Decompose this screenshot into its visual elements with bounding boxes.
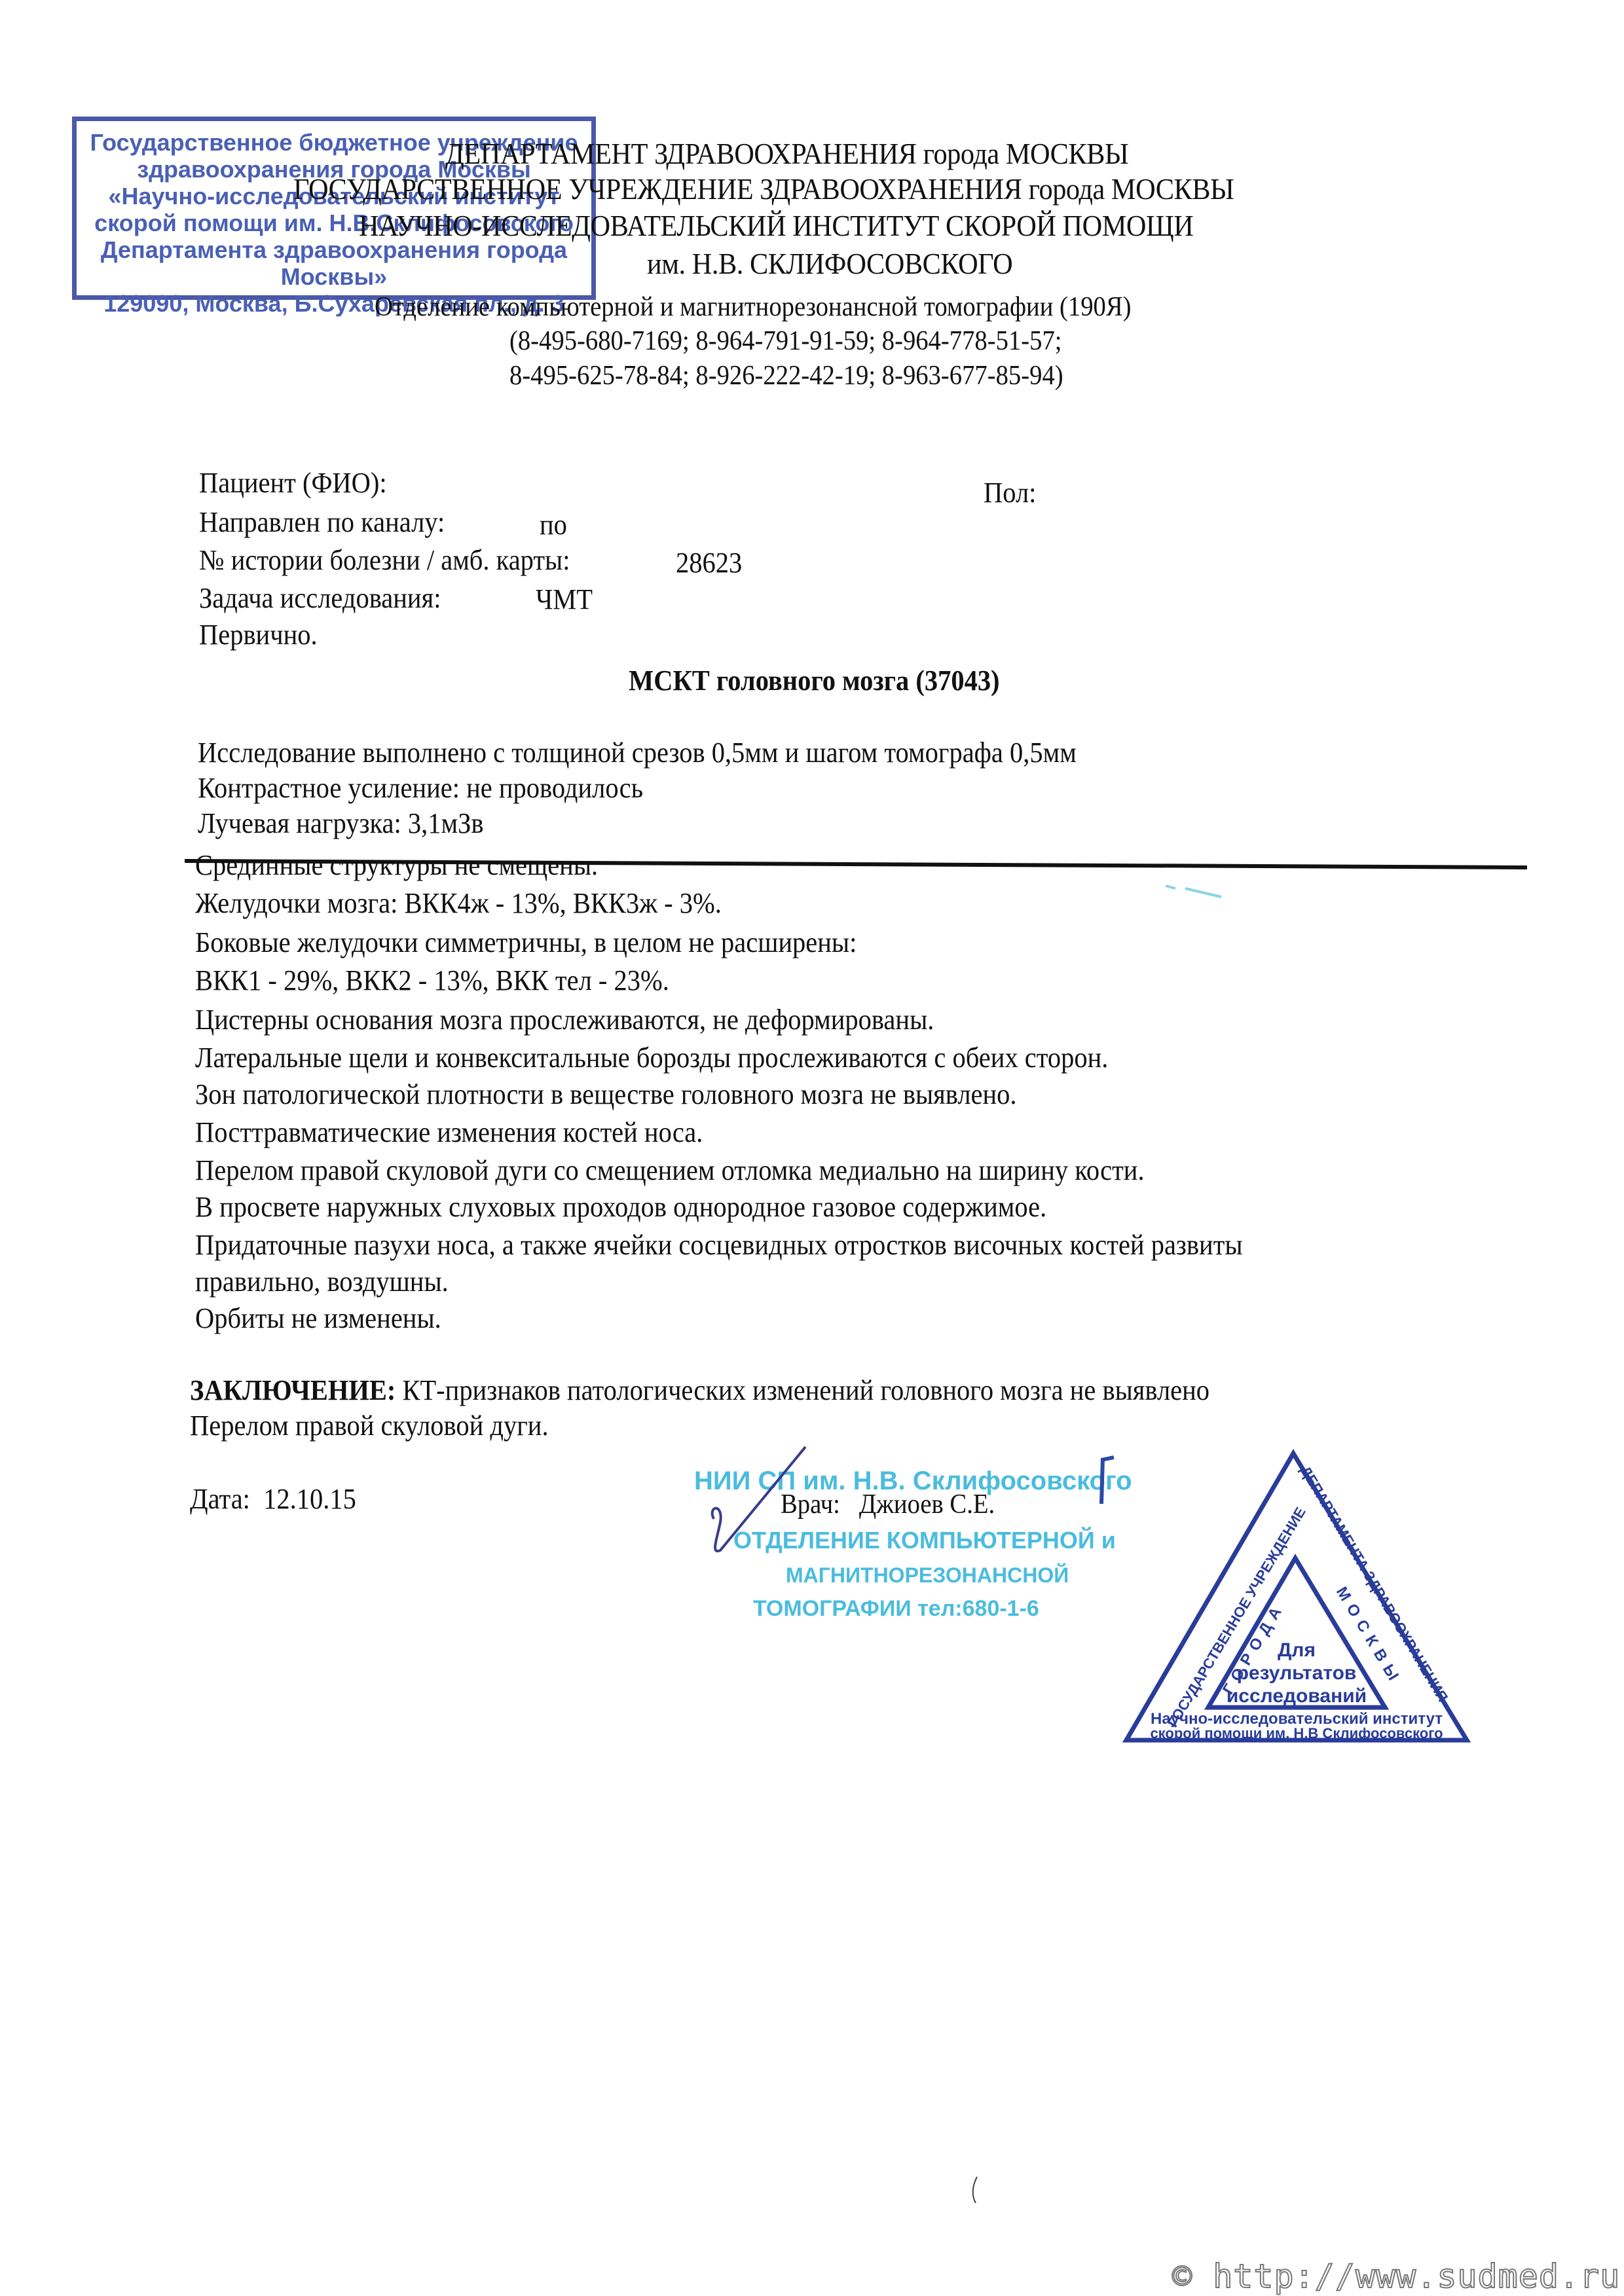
- finding: Цистерны основания мозга прослеживаются,…: [195, 1003, 934, 1036]
- header-phones-1: (8-495-680-7169; 8-964-791-91-59; 8-964-…: [509, 325, 1061, 357]
- rect-stamp-line: Департамента здравоохранения города Моск…: [77, 236, 591, 290]
- channel-value: по: [540, 508, 567, 541]
- svg-text:исследований: исследований: [1227, 1685, 1367, 1707]
- finding: Боковые желудочки симметричны, в целом н…: [195, 926, 857, 959]
- header-line-2: ГОСУДАРСТВЕННОЕ УЧРЕЖДЕНИЕ ЗДРАВООХРАНЕН…: [293, 172, 1234, 206]
- finding: Латеральные щели и конвекситальные бороз…: [195, 1041, 1108, 1074]
- ink-smudge: [1159, 881, 1225, 900]
- watermark: © http://www.sudmed.ru: [1172, 2257, 1620, 2295]
- svg-text:результатов: результатов: [1237, 1662, 1357, 1684]
- svg-text:скорой помощи им. Н.В Склифосо: скорой помощи им. Н.В Склифосовского: [1150, 1725, 1443, 1741]
- finding: Зон патологической плотности в веществе …: [195, 1078, 1017, 1111]
- task-value: ЧМТ: [536, 583, 593, 616]
- doctor: Врач: Джиоев С.Е.: [781, 1489, 995, 1520]
- header-line-3: НАУЧНО-ИССЛЕДОВАТЕЛЬСКИЙ ИНСТИТУТ СКОРОЙ…: [359, 208, 1193, 243]
- conclusion-text-2: Перелом правой скуловой дуги.: [190, 1409, 549, 1442]
- history-value: 28623: [676, 546, 742, 579]
- finding: В просвете наружных слуховых проходов од…: [195, 1190, 1046, 1224]
- conclusion-text: КТ-признаков патологических изменений го…: [396, 1374, 1209, 1406]
- finding: Придаточные пазухи носа, а также ячейки …: [195, 1228, 1243, 1262]
- finding: Посттравматические изменения костей носа…: [195, 1116, 703, 1149]
- finding: Желудочки мозга: ВКК4ж - 13%, ВКК3ж - 3%…: [195, 886, 722, 920]
- finding: ВКК1 - 29%, ВКК2 - 13%, ВКК тел - 23%.: [195, 964, 669, 997]
- finding: Орбиты не изменены.: [195, 1302, 441, 1335]
- channel-label: Направлен по каналу:: [199, 505, 445, 539]
- header-department: Отделение компьютерной и магнитнорезонан…: [375, 291, 1132, 323]
- triangle-stamp: ГОСУДАРСТВЕННОЕ УЧРЕЖДЕНИЕ ГОРОДА ДЕПАРТ…: [1113, 1440, 1480, 1755]
- patient-name-label: Пациент (ФИО):: [199, 466, 387, 500]
- header-phones-2: 8-495-625-78-84; 8-926-222-42-19; 8-963-…: [509, 360, 1063, 392]
- finding: правильно, воздушны.: [195, 1265, 449, 1298]
- study-param: Исследование выполнено с толщиной срезов…: [198, 736, 1077, 769]
- conclusion: ЗАКЛЮЧЕНИЕ: КТ-признаков патологических …: [190, 1374, 1209, 1407]
- study-param: Лучевая нагрузка: 3,1мЗв: [198, 807, 483, 840]
- ink-mark: [969, 2174, 982, 2206]
- doctor-label: Врач:: [781, 1489, 840, 1520]
- header-line-4: им. Н.В. СКЛИФОСОВСКОГО: [647, 246, 1012, 281]
- study-title: МСКТ головного мозга (37043): [629, 664, 1000, 697]
- study-param: Контрастное усиление: не проводилось: [198, 771, 643, 805]
- finding: Срединные структуры не смещены.: [195, 848, 598, 882]
- conclusion-label: ЗАКЛЮЧЕНИЕ:: [190, 1374, 396, 1406]
- task-label: Задача исследования:: [199, 581, 441, 615]
- svg-text:Для: Для: [1278, 1639, 1316, 1661]
- finding: Перелом правой скуловой дуги со смещение…: [195, 1154, 1145, 1187]
- patient-sex-label: Пол:: [984, 476, 1036, 509]
- primary-note: Первично.: [199, 618, 318, 651]
- header-line-1: ДЕПАРТАМЕНТ ЗДРАВООХРАНЕНИЯ города МОСКВ…: [445, 136, 1128, 171]
- doctor-name: Джиоев С.Е.: [859, 1489, 995, 1520]
- history-label: № истории болезни / амб. карты:: [199, 543, 570, 577]
- date-value: 12.10.15: [263, 1483, 356, 1515]
- date-label: Дата: 12.10.15: [190, 1482, 356, 1516]
